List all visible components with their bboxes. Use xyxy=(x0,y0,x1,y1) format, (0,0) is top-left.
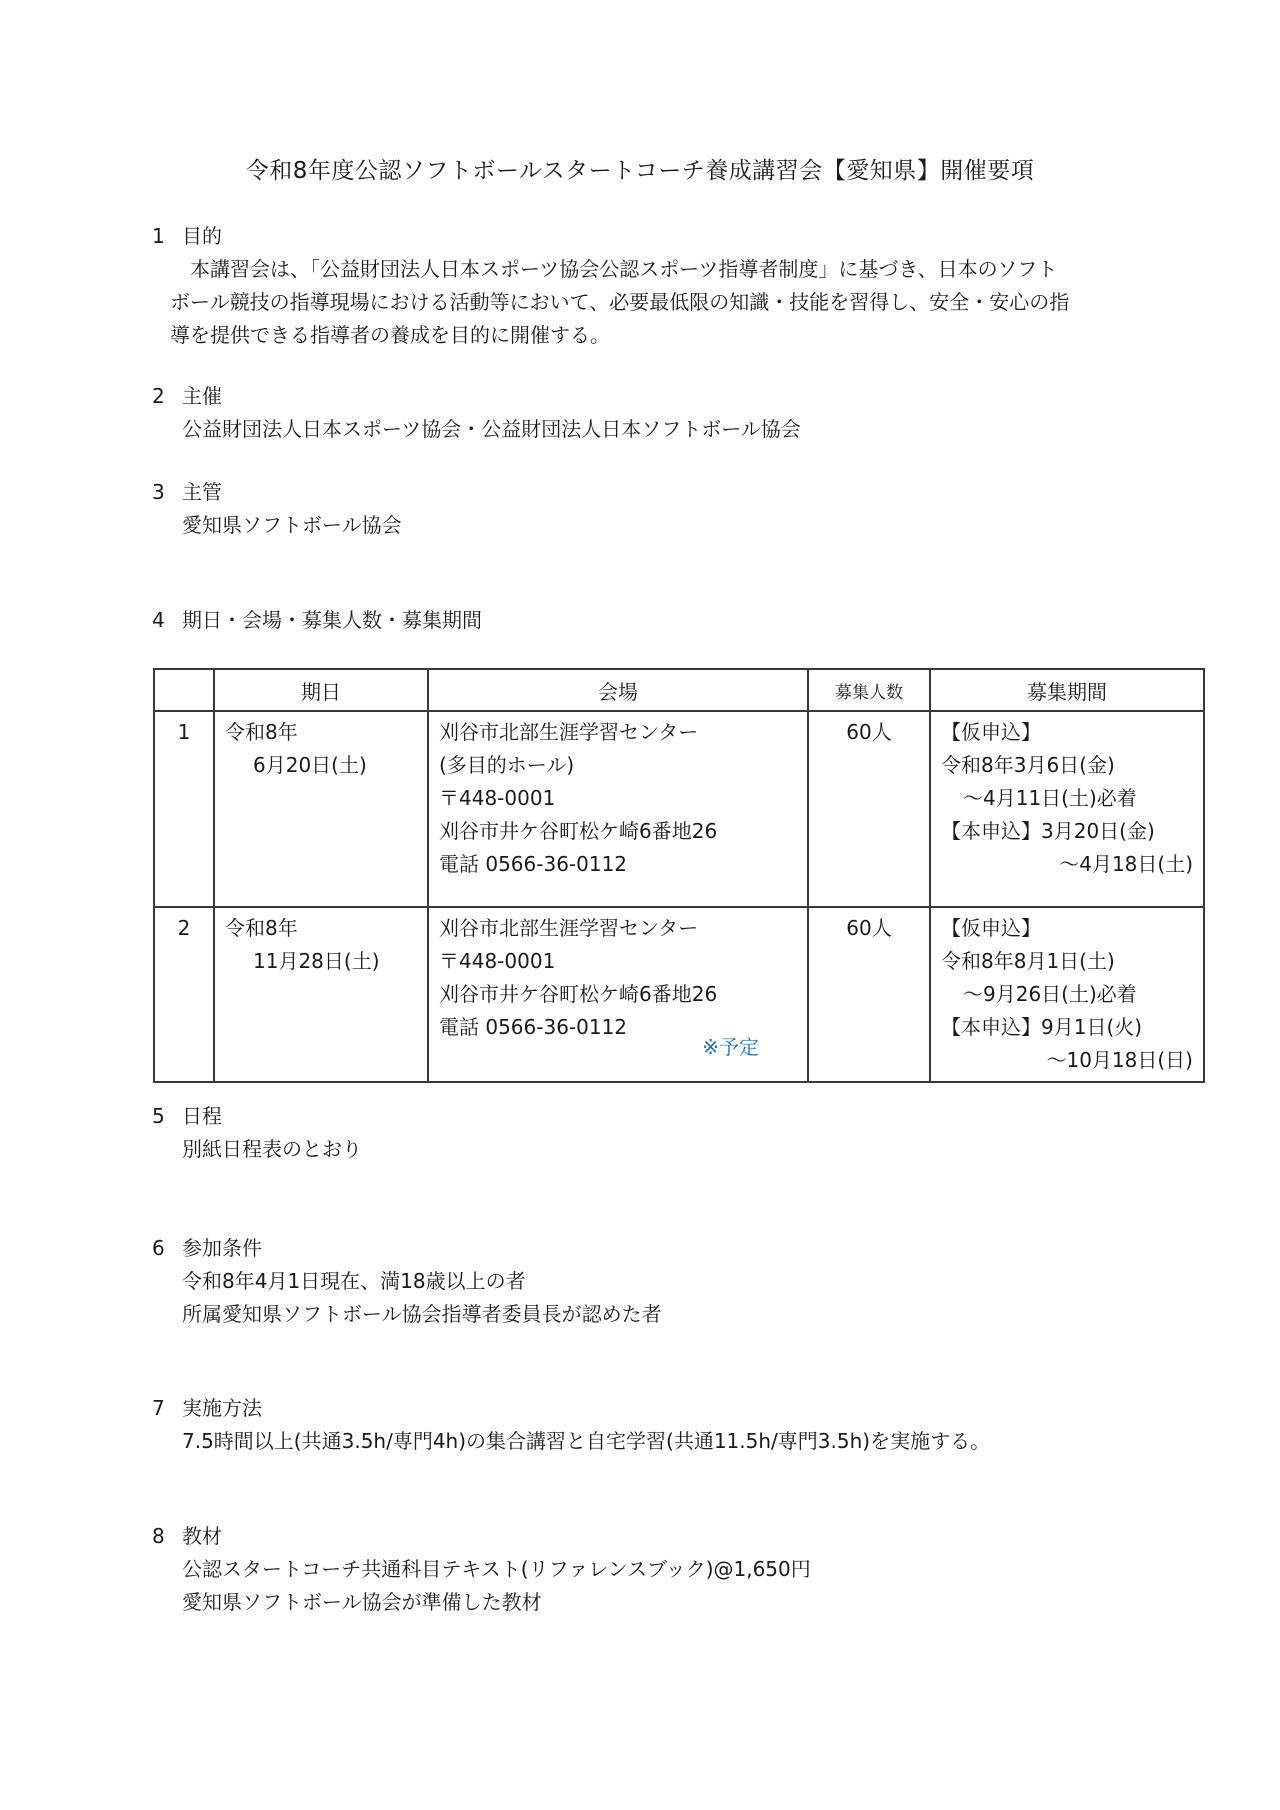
row-number: 2 xyxy=(155,908,213,949)
period-start: 令和8年3月6日(金) xyxy=(941,749,1193,782)
section-organizer: 2 主催 公益財団法人日本スポーツ協会・公益財団法人日本ソフトボール協会 xyxy=(152,380,801,446)
date-year: 令和8年 xyxy=(225,912,417,945)
header-date: 期日 xyxy=(214,669,428,711)
section-number: 1 xyxy=(152,220,182,253)
section-number: 2 xyxy=(152,380,182,413)
section-heading: 教材 xyxy=(182,1520,222,1553)
method-text: 7.5時間以上(共通3.5h/専門4h)の集合講習と自宅学習(共通11.5h/専… xyxy=(182,1425,990,1458)
section-heading: 実施方法 xyxy=(182,1392,262,1425)
venue-phone: 電話 0566-36-0112 xyxy=(439,848,797,881)
period-start: 令和8年8月1日(土) xyxy=(941,945,1193,978)
table-row: 1 令和8年 6月20日(土) 刈谷市北部生涯学習センター (多目的ホール) 〒… xyxy=(154,711,1204,907)
section-materials: 8 教材 公認スタートコーチ共通科目テキスト(リファレンスブック)@1,650円… xyxy=(152,1520,811,1619)
section-purpose: 1 目的 本講習会は、「公益財団法人日本スポーツ協会公認スポーツ指導者制度」に基… xyxy=(152,220,1069,352)
materials-line: 公認スタートコーチ共通科目テキスト(リファレンスブック)@1,650円 xyxy=(182,1553,811,1586)
tentative-note: ※予定 xyxy=(702,1031,759,1064)
section-heading: 目的 xyxy=(182,220,222,253)
venue-name: 刈谷市北部生涯学習センター xyxy=(439,716,797,749)
materials-line: 愛知県ソフトボール協会が準備した教材 xyxy=(182,1586,811,1619)
period-final-end: ～4月18日(土) xyxy=(941,848,1193,881)
venue-postal: 〒448-0001 xyxy=(439,782,797,815)
period-label-final: 【本申込】3月20日(金) xyxy=(941,815,1193,848)
table-row: 2 令和8年 11月28日(土) 刈谷市北部生涯学習センター 〒448-0001… xyxy=(154,907,1204,1082)
document-title: 令和8年度公認ソフトボールスタートコーチ養成講習会【愛知県】開催要項 xyxy=(0,152,1280,185)
capacity: 60人 xyxy=(809,908,929,949)
section-number: 7 xyxy=(152,1392,182,1425)
organizer-text: 公益財団法人日本スポーツ協会・公益財団法人日本ソフトボール協会 xyxy=(182,413,801,446)
section-eligibility: 6 参加条件 令和8年4月1日現在、満18歳以上の者 所属愛知県ソフトボール協会… xyxy=(152,1232,662,1331)
section-host: 3 主管 愛知県ソフトボール協会 xyxy=(152,476,402,542)
row-number: 1 xyxy=(155,712,213,753)
section-number: 4 xyxy=(152,604,182,637)
header-period: 募集期間 xyxy=(930,669,1204,711)
section-method: 7 実施方法 7.5時間以上(共通3.5h/専門4h)の集合講習と自宅学習(共通… xyxy=(152,1392,990,1458)
period-deadline: ～4月11日(土)必着 xyxy=(941,782,1193,815)
venue-name: 刈谷市北部生涯学習センター xyxy=(439,912,797,945)
header-no xyxy=(154,669,214,711)
section-heading: 主管 xyxy=(182,476,222,509)
period-label-tentative: 【仮申込】 xyxy=(941,912,1193,945)
venue-room: (多目的ホール) xyxy=(439,749,797,782)
period-final-end: ～10月18日(日) xyxy=(941,1044,1193,1077)
purpose-line: 導を提供できる指導者の養成を目的に開催する。 xyxy=(170,319,1069,352)
eligibility-line: 所属愛知県ソフトボール協会指導者委員長が認めた者 xyxy=(182,1298,662,1331)
session-table: 期日 会場 募集人数 募集期間 1 令和8年 6月20日(土) 刈谷市北部生涯学… xyxy=(153,668,1205,1083)
section-schedule: 5 日程 別紙日程表のとおり xyxy=(152,1100,362,1166)
section-heading: 日程 xyxy=(182,1100,222,1133)
capacity: 60人 xyxy=(809,712,929,753)
date-year: 令和8年 xyxy=(225,716,417,749)
section-number: 3 xyxy=(152,476,182,509)
section-number: 5 xyxy=(152,1100,182,1133)
eligibility-line: 令和8年4月1日現在、満18歳以上の者 xyxy=(182,1265,662,1298)
venue-address: 刈谷市井ケ谷町松ケ崎6番地26 xyxy=(439,978,797,1011)
table-header-row: 期日 会場 募集人数 募集期間 xyxy=(154,669,1204,711)
date-day: 11月28日(土) xyxy=(225,945,417,978)
section-number: 6 xyxy=(152,1232,182,1265)
period-deadline: ～9月26日(土)必着 xyxy=(941,978,1193,1011)
section-number: 8 xyxy=(152,1520,182,1553)
host-text: 愛知県ソフトボール協会 xyxy=(182,509,402,542)
header-venue: 会場 xyxy=(428,669,808,711)
purpose-line: ボール競技の指導現場における活動等において、必要最低限の知識・技能を習得し、安全… xyxy=(170,286,1069,319)
header-capacity: 募集人数 xyxy=(808,669,930,711)
section-heading: 主催 xyxy=(182,380,222,413)
date-day: 6月20日(土) xyxy=(225,749,417,782)
section-schedule-venue: 4 期日・会場・募集人数・募集期間 xyxy=(152,604,482,637)
venue-postal: 〒448-0001 xyxy=(439,945,797,978)
purpose-line: 本講習会は、「公益財団法人日本スポーツ協会公認スポーツ指導者制度」に基づき、日本… xyxy=(170,253,1069,286)
period-label-final: 【本申込】9月1日(火) xyxy=(941,1011,1193,1044)
period-label-tentative: 【仮申込】 xyxy=(941,716,1193,749)
section-heading: 参加条件 xyxy=(182,1232,262,1265)
schedule-text: 別紙日程表のとおり xyxy=(182,1133,362,1166)
venue-address: 刈谷市井ケ谷町松ケ崎6番地26 xyxy=(439,815,797,848)
section-heading: 期日・会場・募集人数・募集期間 xyxy=(182,604,482,637)
